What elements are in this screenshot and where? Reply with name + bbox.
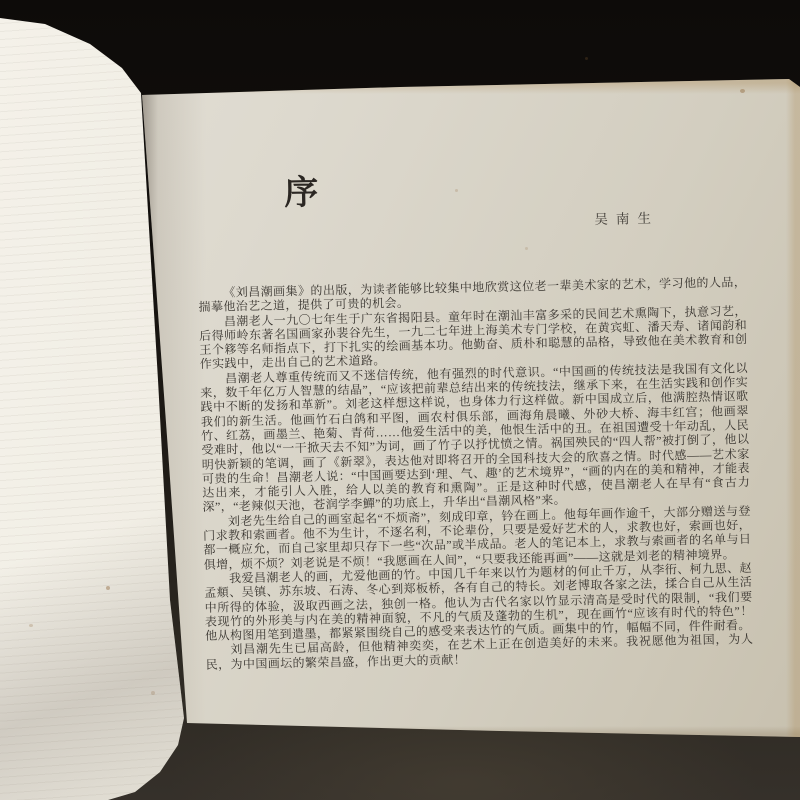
author-name: 吴南生 xyxy=(197,209,745,236)
foxing-spot xyxy=(585,57,588,60)
foxing-spot xyxy=(106,586,110,590)
foxing-spot xyxy=(151,691,155,695)
book-photo-scene: 序 吴南生 《刘昌潮画集》的出版，为读者能够比较集中地欣赏这位老一辈美术家的艺术… xyxy=(0,0,800,800)
paragraph: 我爱昌潮老人的画，尤爱他画的竹。中国几千年来以竹为题材的何止千万，从李衎、柯九思… xyxy=(204,561,753,643)
foxing-spot xyxy=(525,247,528,250)
preface-body: 《刘昌潮画集》的出版，为读者能够比较集中地欣赏这位老一辈美术家的艺术，学习他的人… xyxy=(198,275,754,672)
foxing-spot xyxy=(29,624,33,627)
preface-content: 序 吴南生 《刘昌潮画集》的出版，为读者能够比较集中地欣赏这位老一辈美术家的艺术… xyxy=(196,167,754,672)
foxing-spot xyxy=(740,89,745,93)
paragraph: 昌潮老人尊重传统而又不迷信传统，他有强烈的时代意识。“中国画的传统技法是我国有文… xyxy=(200,361,751,515)
foxing-spot xyxy=(455,189,458,192)
